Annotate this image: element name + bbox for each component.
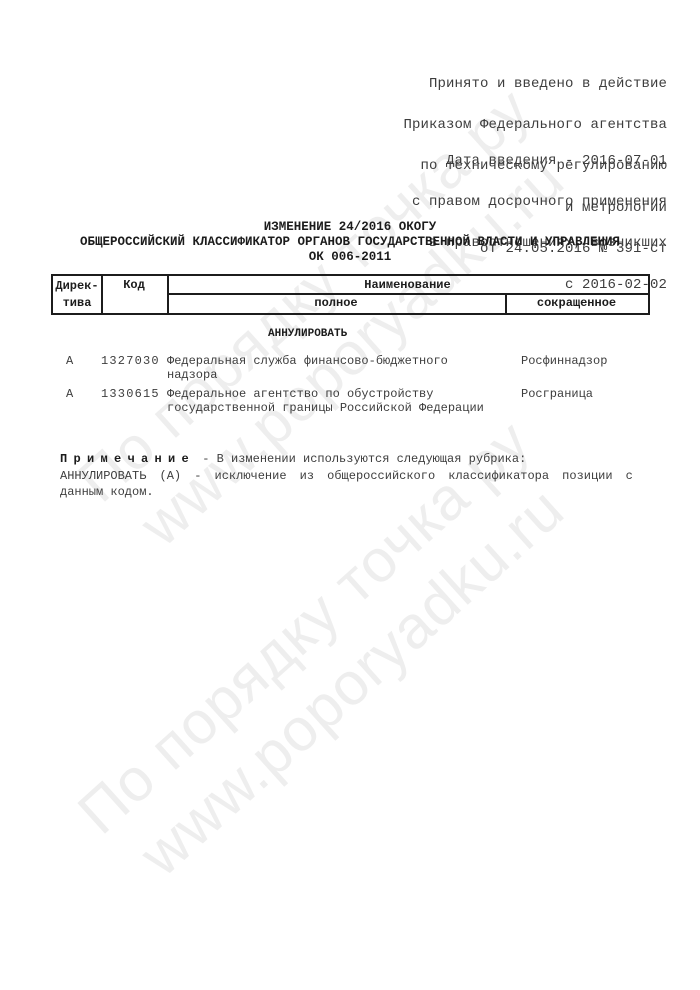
adoption-line: Принято и введено в действие <box>403 78 667 92</box>
introduction-line: с правом досрочного применения <box>412 196 667 210</box>
note-label: Примечание <box>60 452 195 466</box>
note-block: Примечание - В изменении используются сл… <box>60 451 640 501</box>
row2-directive: А <box>66 388 73 401</box>
note-line-1-rest: - В изменении используются следующая руб… <box>195 452 526 466</box>
note-line-3: данным кодом. <box>60 484 640 501</box>
note-line-2: АННУЛИРОВАТЬ (А) - исключение из общерос… <box>60 468 640 485</box>
row2-full-name-line1: Федеральное агентство по обустройству <box>167 388 433 401</box>
column-header-name-full: полное <box>167 295 505 313</box>
title-line-1: ИЗМЕНЕНИЕ 24/2016 ОКОГУ <box>0 220 700 235</box>
column-header-name-short: сокращенное <box>505 295 648 313</box>
row2-code: 1330615 <box>101 388 160 401</box>
note-line-1: Примечание - В изменении используются сл… <box>60 451 640 468</box>
row1-short-name: Росфиннадзор <box>521 355 607 368</box>
column-header-directive: Дирек- тива <box>53 276 101 313</box>
row1-full-name-line1: Федеральная служба финансово-бюджетного <box>167 355 448 368</box>
row1-directive: А <box>66 355 73 368</box>
row1-full-name-line2: надзора <box>167 369 217 382</box>
column-header-directive-line2: тива <box>53 295 101 312</box>
column-header-code: Код <box>101 276 167 295</box>
row2-full-name-line2: государственной границы Российской Федер… <box>167 402 484 415</box>
column-header-directive-line1: Дирек- <box>53 278 101 295</box>
introduction-line: Дата введения - 2016-07-01 <box>412 155 667 169</box>
row2-short-name: Росграница <box>521 388 593 401</box>
document-title: ИЗМЕНЕНИЕ 24/2016 ОКОГУ ОБЩЕРОССИЙСКИЙ К… <box>0 220 700 265</box>
column-header-name: Наименование <box>167 276 648 295</box>
row1-code: 1327030 <box>101 355 160 368</box>
title-line-3: ОК 006-2011 <box>0 250 700 265</box>
document-page: По порядку точка ру www.poporyadku.ru По… <box>0 0 700 990</box>
title-line-2: ОБЩЕРОССИЙСКИЙ КЛАССИФИКАТОР ОРГАНОВ ГОС… <box>0 235 700 250</box>
classifier-table-header: Дирек- тива Код Наименование полное сокр… <box>51 274 650 315</box>
section-header-annul: АННУЛИРОВАТЬ <box>268 328 347 340</box>
